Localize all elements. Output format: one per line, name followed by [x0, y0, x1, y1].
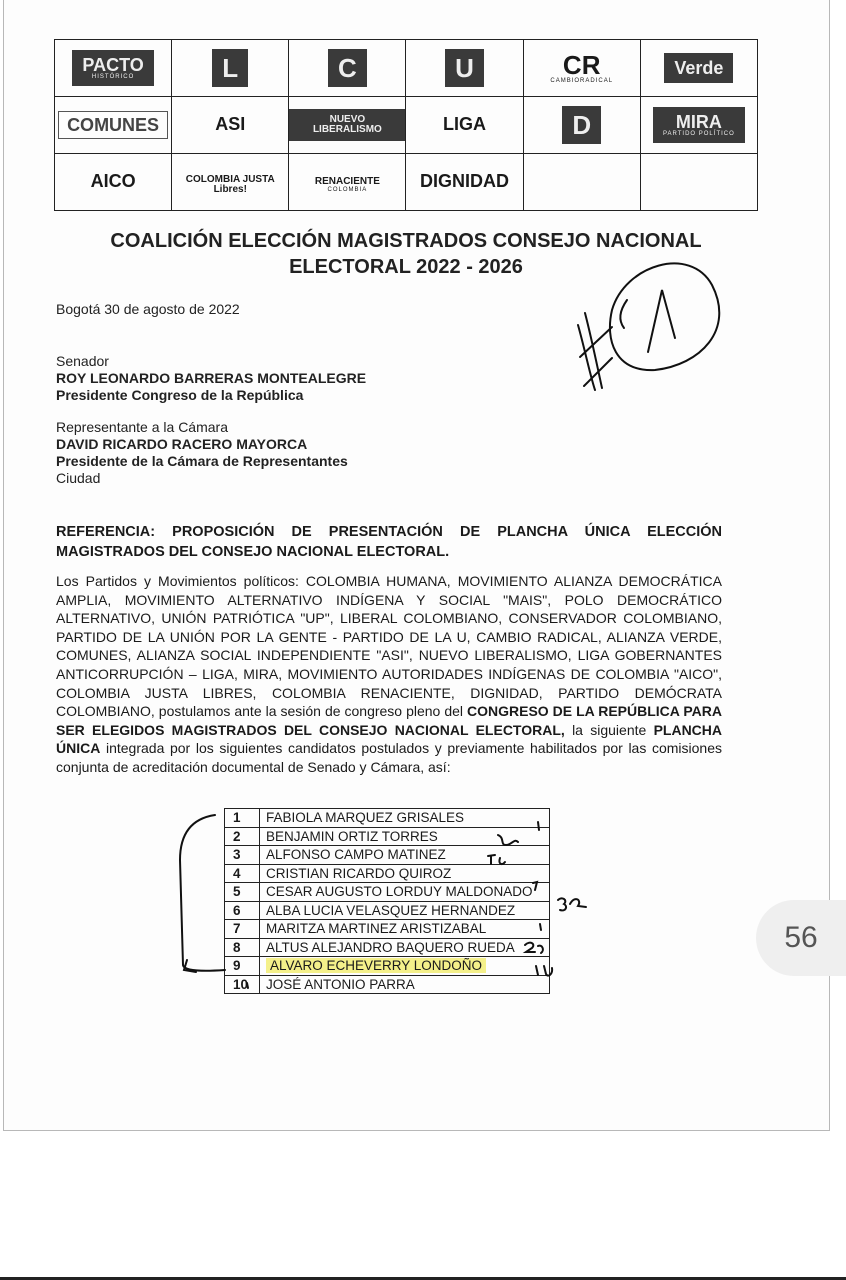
candidate-number: 8: [225, 938, 260, 957]
recipient-position: Presidente Congreso de la República: [56, 387, 366, 404]
logo-label: CR: [563, 52, 601, 78]
page-number-badge: 56: [756, 900, 846, 976]
reference-line: REFERENCIA: PROPOSICIÓN DE PRESENTACIÓN …: [56, 522, 722, 562]
logo-cell: C: [289, 40, 406, 97]
body-text: integrada por los siguientes candidatos …: [56, 740, 722, 775]
candidate-row: 4CRISTIAN RICARDO QUIROZ: [225, 864, 550, 883]
logo-label: C: [338, 55, 357, 81]
logo-cell: ASI: [172, 97, 289, 154]
candidate-name-cell: JOSÉ ANTONIO PARRA: [260, 975, 550, 994]
logo-label: COMUNES: [67, 116, 159, 134]
candidate-name-cell: MARITZA MARTINEZ ARISTIZABAL: [260, 920, 550, 939]
party-logo-grid: PACTOHISTÓRICOLCUCRCAMBIORADICALVerdeCOM…: [54, 39, 758, 211]
alianza-verde-logo: Verde: [664, 53, 733, 83]
candidate-name: JOSÉ ANTONIO PARRA: [266, 977, 415, 992]
candidate-number: 2: [225, 827, 260, 846]
cambio-radical-logo: CRCAMBIORADICAL: [550, 52, 613, 84]
recipient-position: Presidente de la Cámara de Representante…: [56, 453, 348, 470]
title-line-2: ELECTORAL 2022 - 2026: [54, 254, 758, 280]
pacto-historico-logo: PACTOHISTÓRICO: [72, 50, 153, 86]
logo-label: Verde: [674, 59, 723, 77]
candidate-number: 4: [225, 864, 260, 883]
recipient-camara: Representante a la Cámara DAVID RICARDO …: [56, 419, 348, 487]
title-line-1: COALICIÓN ELECCIÓN MAGISTRADOS CONSEJO N…: [54, 228, 758, 254]
logo-cell: DIGNIDAD: [406, 154, 523, 211]
logo-label: RENACIENTE: [315, 177, 380, 187]
democrata-colombiano-logo: D: [562, 106, 601, 144]
logo-sublabel: HISTÓRICO: [92, 74, 134, 80]
logo-cell: COLOMBIA JUSTA Libres!: [172, 154, 289, 211]
document-title: COALICIÓN ELECCIÓN MAGISTRADOS CONSEJO N…: [54, 228, 758, 280]
mira-logo: MIRAPARTIDO POLÍTICO: [653, 107, 745, 143]
partido-de-la-u-logo: U: [445, 49, 484, 87]
liga-logo: LIGA: [443, 115, 486, 133]
logo-label: AICO: [91, 172, 136, 190]
logo-cell: LIGA: [406, 97, 523, 154]
colombia-renaciente-logo: RENACIENTECOLOMBIA: [315, 177, 380, 193]
conservative-party-logo: C: [328, 49, 367, 87]
logo-cell: D: [523, 97, 640, 154]
candidate-number: 10: [225, 975, 260, 994]
recipient-role: Senador: [56, 353, 366, 370]
logo-label: D: [572, 112, 591, 138]
recipient-senate: Senador ROY LEONARDO BARRERAS MONTEALEGR…: [56, 353, 366, 404]
logo-label: NUEVO LIBERALISMO: [299, 115, 395, 135]
logo-cell: Verde: [640, 40, 757, 97]
candidate-row: 7MARITZA MARTINEZ ARISTIZABAL: [225, 920, 550, 939]
body-text: Los Partidos y Movimientos políticos: CO…: [56, 573, 722, 719]
page-number: 56: [784, 921, 817, 955]
body-text: la siguiente: [565, 722, 654, 738]
candidate-row: 8ALTUS ALEJANDRO BAQUERO RUEDA: [225, 938, 550, 957]
liberal-party-logo: L: [212, 49, 248, 87]
comunes-logo: COMUNES: [58, 111, 168, 139]
candidate-row: 5CESAR AUGUSTO LORDUY MALDONADO: [225, 883, 550, 902]
logo-cell: RENACIENTECOLOMBIA: [289, 154, 406, 211]
candidate-number: 9: [225, 957, 260, 976]
candidate-table: 1FABIOLA MARQUEZ GRISALES2BENJAMIN ORTIZ…: [224, 808, 550, 994]
logo-cell: [523, 154, 640, 211]
logo-cell: L: [172, 40, 289, 97]
candidate-name: BENJAMIN ORTIZ TORRES: [266, 829, 438, 844]
asi-logo: ASI: [215, 115, 245, 133]
candidate-name: ALTUS ALEJANDRO BAQUERO RUEDA: [266, 940, 515, 955]
logo-cell: COMUNES: [55, 97, 172, 154]
logo-label: MIRA: [676, 113, 722, 131]
logo-label: PACTO: [82, 56, 143, 74]
candidate-row: 10JOSÉ ANTONIO PARRA: [225, 975, 550, 994]
recipient-role: Representante a la Cámara: [56, 419, 348, 436]
logo-sublabel: CAMBIORADICAL: [550, 78, 613, 84]
logo-label: LIGA: [443, 115, 486, 133]
candidate-row: 1FABIOLA MARQUEZ GRISALES: [225, 809, 550, 828]
candidate-name: MARITZA MARTINEZ ARISTIZABAL: [266, 921, 486, 936]
candidate-row: 3ALFONSO CAMPO MATINEZ: [225, 846, 550, 865]
candidate-name-cell: CRISTIAN RICARDO QUIROZ: [260, 864, 550, 883]
body-paragraph: Los Partidos y Movimientos políticos: CO…: [56, 572, 722, 777]
logo-sublabel: PARTIDO POLÍTICO: [663, 131, 735, 137]
dignidad-logo: DIGNIDAD: [420, 172, 509, 190]
candidate-name: CRISTIAN RICARDO QUIROZ: [266, 866, 451, 881]
document-date: Bogotá 30 de agosto de 2022: [56, 301, 240, 318]
candidate-name-cell: ALTUS ALEJANDRO BAQUERO RUEDA: [260, 938, 550, 957]
recipient-city: Ciudad: [56, 470, 348, 487]
logo-label: L: [222, 55, 238, 81]
candidate-name: ALFONSO CAMPO MATINEZ: [266, 847, 446, 862]
logo-label: COLOMBIA JUSTA Libres!: [172, 175, 288, 195]
candidate-name: ALBA LUCIA VELASQUEZ HERNANDEZ: [266, 903, 515, 918]
logo-cell: PACTOHISTÓRICO: [55, 40, 172, 97]
candidate-name-cell: CESAR AUGUSTO LORDUY MALDONADO: [260, 883, 550, 902]
logo-cell: NUEVO LIBERALISMO: [289, 97, 406, 154]
candidate-name-cell: BENJAMIN ORTIZ TORRES: [260, 827, 550, 846]
candidate-number: 1: [225, 809, 260, 828]
recipient-name: DAVID RICARDO RACERO MAYORCA: [56, 436, 348, 453]
candidate-name-cell: FABIOLA MARQUEZ GRISALES: [260, 809, 550, 828]
candidate-row: 9ALVARO ECHEVERRY LONDOÑO: [225, 957, 550, 976]
logo-cell: U: [406, 40, 523, 97]
logo-label: DIGNIDAD: [420, 172, 509, 190]
candidate-number: 5: [225, 883, 260, 902]
logo-cell: CRCAMBIORADICAL: [523, 40, 640, 97]
candidate-name: FABIOLA MARQUEZ GRISALES: [266, 810, 464, 825]
logo-cell: AICO: [55, 154, 172, 211]
candidate-name: CESAR AUGUSTO LORDUY MALDONADO: [266, 884, 533, 899]
candidate-number: 3: [225, 846, 260, 865]
logo-cell: MIRAPARTIDO POLÍTICO: [640, 97, 757, 154]
candidate-name-cell: ALVARO ECHEVERRY LONDOÑO: [260, 957, 550, 976]
aico-logo: AICO: [91, 172, 136, 190]
candidate-name-cell: ALFONSO CAMPO MATINEZ: [260, 846, 550, 865]
nuevo-liberalismo-logo: NUEVO LIBERALISMO: [289, 109, 405, 141]
logo-cell: [640, 154, 757, 211]
candidate-row: 2BENJAMIN ORTIZ TORRES: [225, 827, 550, 846]
candidate-number: 6: [225, 901, 260, 920]
candidate-name-cell: ALBA LUCIA VELASQUEZ HERNANDEZ: [260, 901, 550, 920]
logo-label: ASI: [215, 115, 245, 133]
recipient-name: ROY LEONARDO BARRERAS MONTEALEGRE: [56, 370, 366, 387]
logo-label: U: [455, 55, 474, 81]
colombia-justa-libres-logo: COLOMBIA JUSTA Libres!: [172, 175, 288, 195]
logo-sublabel: COLOMBIA: [328, 187, 368, 193]
candidate-name: ALVARO ECHEVERRY LONDOÑO: [266, 958, 486, 973]
candidate-row: 6ALBA LUCIA VELASQUEZ HERNANDEZ: [225, 901, 550, 920]
candidate-number: 7: [225, 920, 260, 939]
